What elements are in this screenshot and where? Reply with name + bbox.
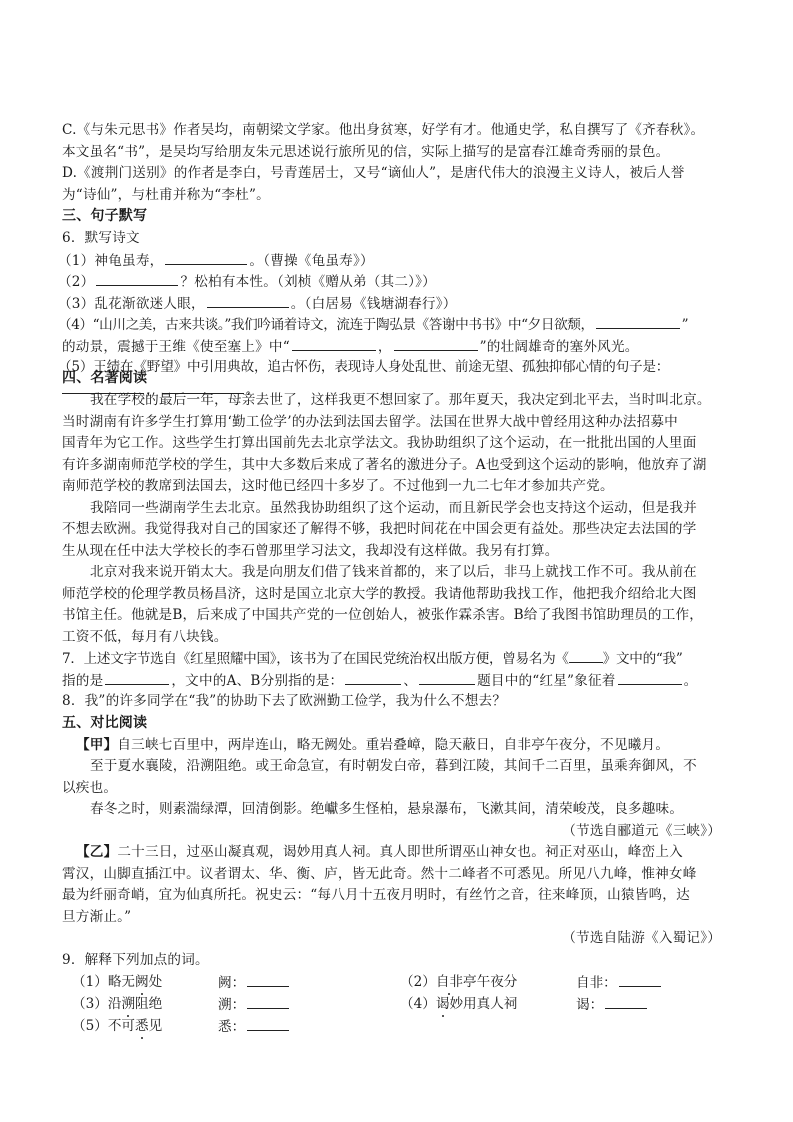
dotted-char: 谒 [436,995,450,1013]
q9-item-3: （3）沿溯阻绝 [72,995,162,1013]
option-d-line-1: D.《渡荆门送别》的作者是李白，号青莲居士，又号“谪仙人”，是唐代伟大的浪漫主义… [62,164,685,182]
passage-line: 国青年为它工作。这些学生打算出国前先去北京学法文。我协助组织了这个运动，在一批批… [62,434,697,452]
q9-item-2: （2）自非亭午夜分 [400,973,517,991]
answer-blank[interactable] [292,337,376,351]
passage-line: 北京对我来说开销太大。我是向朋友们借了钱来首都的，来了以后，非马上就找工作不可。… [90,563,697,581]
answer-blank[interactable] [618,671,682,685]
passage-line: 师范学校的伦理学教员杨昌济，这时是国立北京大学的教授。我请他帮助我找工作，他把我… [62,585,697,603]
answer-blank[interactable] [96,272,178,286]
answer-blank[interactable] [569,649,603,663]
answer-blank[interactable] [419,671,475,685]
q9-item-1: （1）略无阙处 [72,973,162,991]
passage-line: 我陪同一些湖南学生去北京。虽然我协助组织了这个运动，而且新民学会也支持这个运动，… [90,499,697,517]
question-8: 8．我”的许多同学在“我”的协助下去了欧洲勤工俭学，我为什么不想去？ [62,692,506,710]
exam-page: C.《与朱元思书》作者吴均，南朝梁文学家。他出身贫寒，好学有才。他通史学，私自撰… [0,0,793,1122]
dotted-char: 阙 [135,973,149,991]
q9-item-5-answer: 悉： [218,1017,291,1036]
answer-blank[interactable] [207,294,289,308]
q6-item-4-line-1: （4）“山川之美，古来共谈。”我们吟诵着诗文，流连于陶弘景《答谢中书书》中“夕日… [58,315,688,334]
yi-source: （节选自陆游《入蜀记》） [562,929,721,947]
answer-blank[interactable] [394,337,478,351]
passage-line: 工资不低，每月有八块钱。 [62,628,228,646]
passage-line: 我在学校的最后一年，母亲去世了，这样我更不想回家了。那年夏天，我决定到北平去，当… [90,391,711,409]
question-6-title: 6．默写诗文 [62,229,140,247]
section-4-heading: 四、名著阅读 [62,369,147,387]
answer-blank[interactable] [247,995,289,1009]
question-9-title: 9．解释下列加点的词。 [62,951,209,969]
answer-blank[interactable] [345,671,401,685]
q6-item-2: （2）？松柏有本性。（刘桢《赠从弟（其二）》） [58,272,436,291]
question-7-line-2: 指的是，文中的A、B分别指的是：、题目中的“红星”象征着。 [62,671,697,690]
option-d-line-2: 为“诗仙”，与杜甫并称为“李杜”。 [62,186,270,204]
q9-item-1-answer: 阙： [218,973,291,992]
yi-line: 【乙】二十三日，过巫山凝真观，谒妙用真人祠。真人即世所谓巫山神女也。祠正对巫山，… [76,843,683,861]
jia-line: 【甲】自三峡七百里中，两岸连山，略无阙处。重岩叠嶂，隐天蔽日，自非亭午夜分，不见… [76,736,669,754]
dotted-char: 悉 [135,1017,149,1035]
answer-blank[interactable] [605,995,647,1009]
answer-blank[interactable] [165,251,247,265]
answer-blank[interactable] [619,973,661,987]
answer-blank[interactable] [596,315,680,329]
q9-item-4: （4）谒妙用真人祠 [400,995,517,1013]
dotted-char: 自非 [436,973,463,991]
q9-item-3-answer: 溯： [218,995,291,1014]
q6-item-3: （3）乱花渐欲迷人眼，。（白居易《钱塘湖春行》） [58,294,457,313]
passage-line: 生从现在任中法大学校长的李石曾那里学习法文，我却没有这样做。我另有打算。 [62,542,559,560]
option-c-line-1: C.《与朱元思书》作者吴均，南朝梁文学家。他出身贫寒，好学有才。他通史学，私自撰… [62,121,704,139]
passage-line: 当时湖南有许多学生打算用‘勤工俭学’的办法到法国去留学。法国在世界大战中曾经用这… [62,413,678,431]
answer-blank[interactable] [247,973,289,987]
yi-line: 霄汉，山脚直插江中。议者谓太、华、衡、庐，皆无此奇。然十二峰者不可悉见。所见八九… [62,865,697,883]
passage-line: 南师范学校的教席到法国去，这时他已经四十多岁了。不过他到一九二七年才参加共产党。 [62,477,614,495]
jia-line: 以疾也。 [62,779,117,797]
section-5-heading: 五、对比阅读 [62,714,147,732]
dotted-char: 溯 [121,995,135,1013]
jia-line: 春冬之时，则素湍绿潭，回清倒影。绝巘多生怪柏，悬泉瀑布，飞漱其间，清荣峻茂，良多… [90,800,683,818]
yi-line: 旦方渐止。” [62,908,131,926]
section-3-heading: 三、句子默写 [62,207,147,225]
answer-blank[interactable] [105,671,169,685]
question-7-line-1: 7．上述文字节选自《红星照耀中国》，该书为了在国民党统治权出版方便，曾易名为《》… [62,649,683,668]
jia-source: （节选自郦道元《三峡》） [562,822,721,840]
yi-line: 最为纤丽奇峭，宜为仙真所托。祝史云：“每八月十五夜月明时，有丝竹之音，往来峰顶，… [62,886,690,904]
q6-item-1: （1）神龟虽寿，。（曹操《龟虽寿》） [58,251,374,270]
passage-line: 书馆主任。他就是B，后来成了中国共产党的一位创始人，被张作霖杀害。B给了我图书馆… [62,606,703,624]
q9-item-4-answer: 谒： [576,995,649,1014]
jia-line: 至于夏水襄陵，沿溯阻绝。或王命急宣，有时朝发白帝，暮到江陵，其间千二百里，虽乘奔… [90,757,697,775]
q6-item-5-line-1: （5）王绩在《野望》中引用典故，追古怀伤，表现诗人身处乱世、前途无望、孤独抑郁心… [58,358,669,376]
q9-item-2-answer: 自非： [576,973,663,992]
passage-line: 有许多湖南师范学校的学生，其中大多数后来成了著名的激进分子。A也受到这个运动的影… [62,456,707,474]
option-c-line-2: 本文虽名“书”，是吴均写给朋友朱元思述说行旅所见的信，实际上描写的是富春江雄奇秀… [62,143,669,161]
passage-line: 不想去欧洲。我觉得我对自己的国家还了解得不够，我把时间花在中国会更有益处。那些决… [62,520,697,538]
q9-item-5: （5）不可悉见 [72,1017,162,1035]
answer-blank[interactable] [247,1017,289,1031]
q6-item-4-line-2: 的动景，震撼于王维《使至塞上》中“，”的壮阔雄奇的塞外风光。 [62,337,639,356]
